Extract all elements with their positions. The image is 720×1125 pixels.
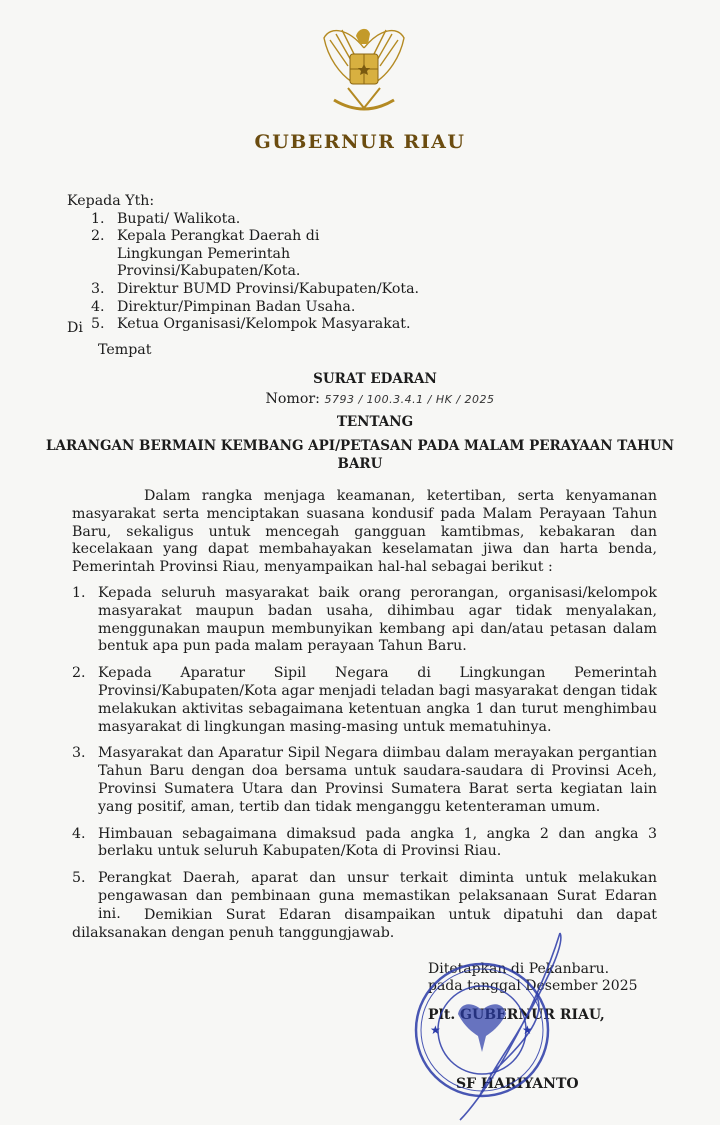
instruction-item: 1.Kepada seluruh masyarakat baik orang p… (72, 585, 657, 656)
instruction-list: 1.Kepada seluruh masyarakat baik orang p… (72, 585, 657, 933)
recipient-label: Kepada Yth: (67, 193, 419, 211)
governor-title: GUBERNUR RIAU (0, 131, 720, 153)
nomor-value: 5793 / 100.3.4.1 / HK / 2025 (324, 393, 494, 406)
recipient-item: 3.Direktur BUMD Provinsi/Kabupaten/Kota. (67, 281, 419, 299)
tentang-heading: TENTANG (30, 414, 720, 430)
recipient-item: 2.Kepala Perangkat Daerah di Lingkungan … (67, 228, 407, 281)
recipient-block: Kepada Yth: 1.Bupati/ Walikota. 2.Kepala… (67, 193, 419, 334)
garuda-emblem-icon (318, 18, 410, 124)
recipient-item: 1.Bupati/ Walikota. (67, 211, 419, 229)
instruction-item: 3.Masyarakat dan Aparatur Sipil Negara d… (72, 745, 657, 816)
instruction-item: 2.Kepada Aparatur Sipil Negara di Lingku… (72, 665, 657, 736)
recipient-item: 4.Direktur/Pimpinan Badan Usaha. (67, 299, 419, 317)
tempat-label: Tempat (98, 342, 151, 358)
letter-number: Nomor: 5793 / 100.3.4.1 / HK / 2025 (40, 391, 720, 407)
di-label: Di (67, 320, 83, 336)
handwritten-signature-icon (440, 925, 580, 1125)
recipient-item: 5.Ketua Organisasi/Kelompok Masyarakat. (67, 316, 419, 334)
intro-paragraph: Dalam rangka menjaga keamanan, ketertiba… (72, 488, 657, 577)
instruction-item: 4.Himbauan sebagaimana dimaksud pada ang… (72, 826, 657, 862)
letter-type: SURAT EDARAN (30, 371, 720, 387)
recipient-list: 1.Bupati/ Walikota. 2.Kepala Perangkat D… (67, 211, 419, 334)
document-page: GUBERNUR RIAU Kepada Yth: 1.Bupati/ Wali… (0, 0, 720, 1125)
nomor-label: Nomor: (265, 391, 320, 407)
letter-subject: LARANGAN BERMAIN KEMBANG API/PETASAN PAD… (30, 437, 690, 473)
